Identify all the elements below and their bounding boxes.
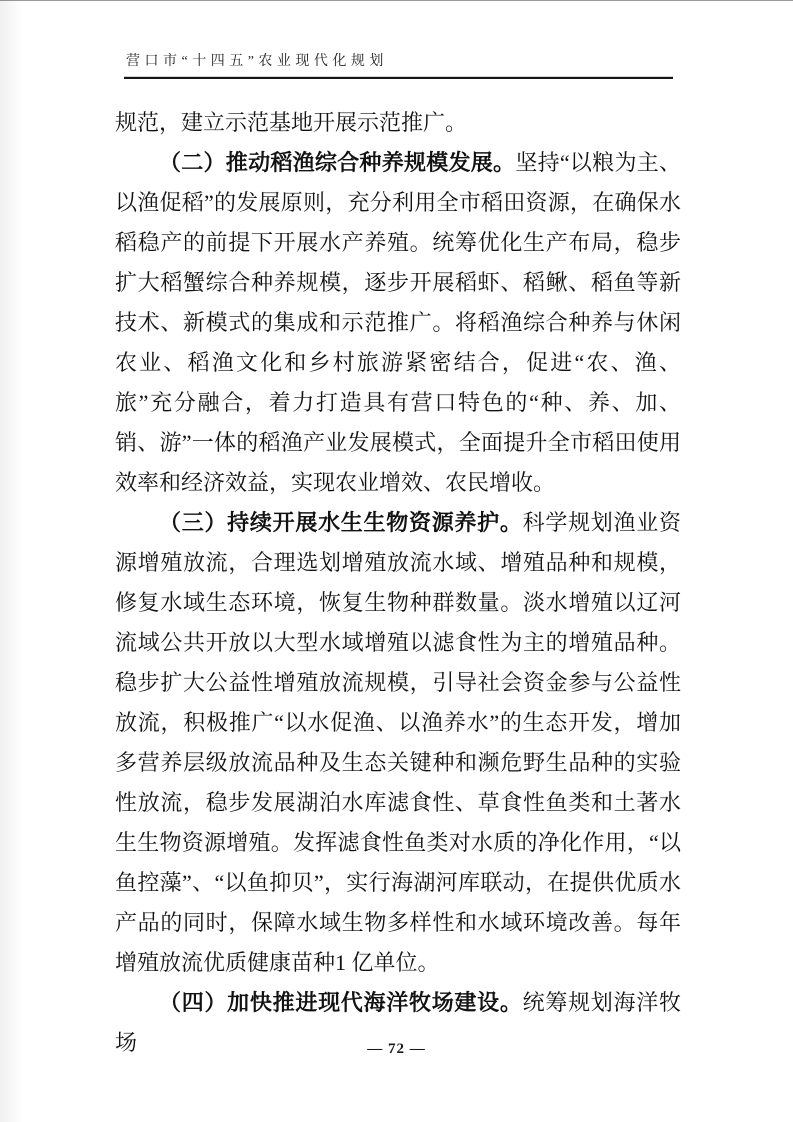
header-rule — [124, 77, 673, 79]
paragraph-2-lead: （二）推动稻渔综合种养规模发展。 — [159, 150, 515, 175]
document-page: 营口市“十四五”农业现代化规划 规范，建立示范基地开展示范推广。（二）推动稻渔综… — [0, 0, 793, 1122]
page-number: — 72 — — [367, 1041, 426, 1057]
scan-top-edge — [0, 0, 793, 1]
paragraph-1: 规范，建立示范基地开展示范推广。 — [115, 103, 681, 143]
paragraph-1-text: 规范，建立示范基地开展示范推广。 — [115, 110, 467, 135]
paragraph-2: （二）推动稻渔综合种养规模发展。坚持“以粮为主、以渔促稻”的发展原则，充分利用全… — [115, 143, 681, 503]
scan-left-shade — [0, 0, 22, 1122]
paragraph-4-lead: （四）加快推进现代海洋牧场建设。 — [159, 990, 523, 1015]
paragraph-2-text: 坚持“以粮为主、以渔促稻”的发展原则，充分利用全市稻田资源，在确保水稻稳产的前提… — [115, 150, 681, 495]
paragraph-3-text: 科学规划渔业资源增殖放流，合理选划增殖放流水域、增殖品种和规模，修复水域生态环境… — [115, 510, 681, 975]
paragraph-3-lead: （三）持续开展水生生物资源养护。 — [159, 510, 523, 535]
document-body: 规范，建立示范基地开展示范推广。（二）推动稻渔综合种养规模发展。坚持“以粮为主、… — [115, 103, 681, 1063]
page-footer: — 72 — — [0, 1041, 793, 1058]
header-title: 营口市“十四五”农业现代化规划 — [126, 50, 388, 70]
paragraph-3: （三）持续开展水生生物资源养护。科学规划渔业资源增殖放流，合理选划增殖放流水域、… — [115, 503, 681, 983]
